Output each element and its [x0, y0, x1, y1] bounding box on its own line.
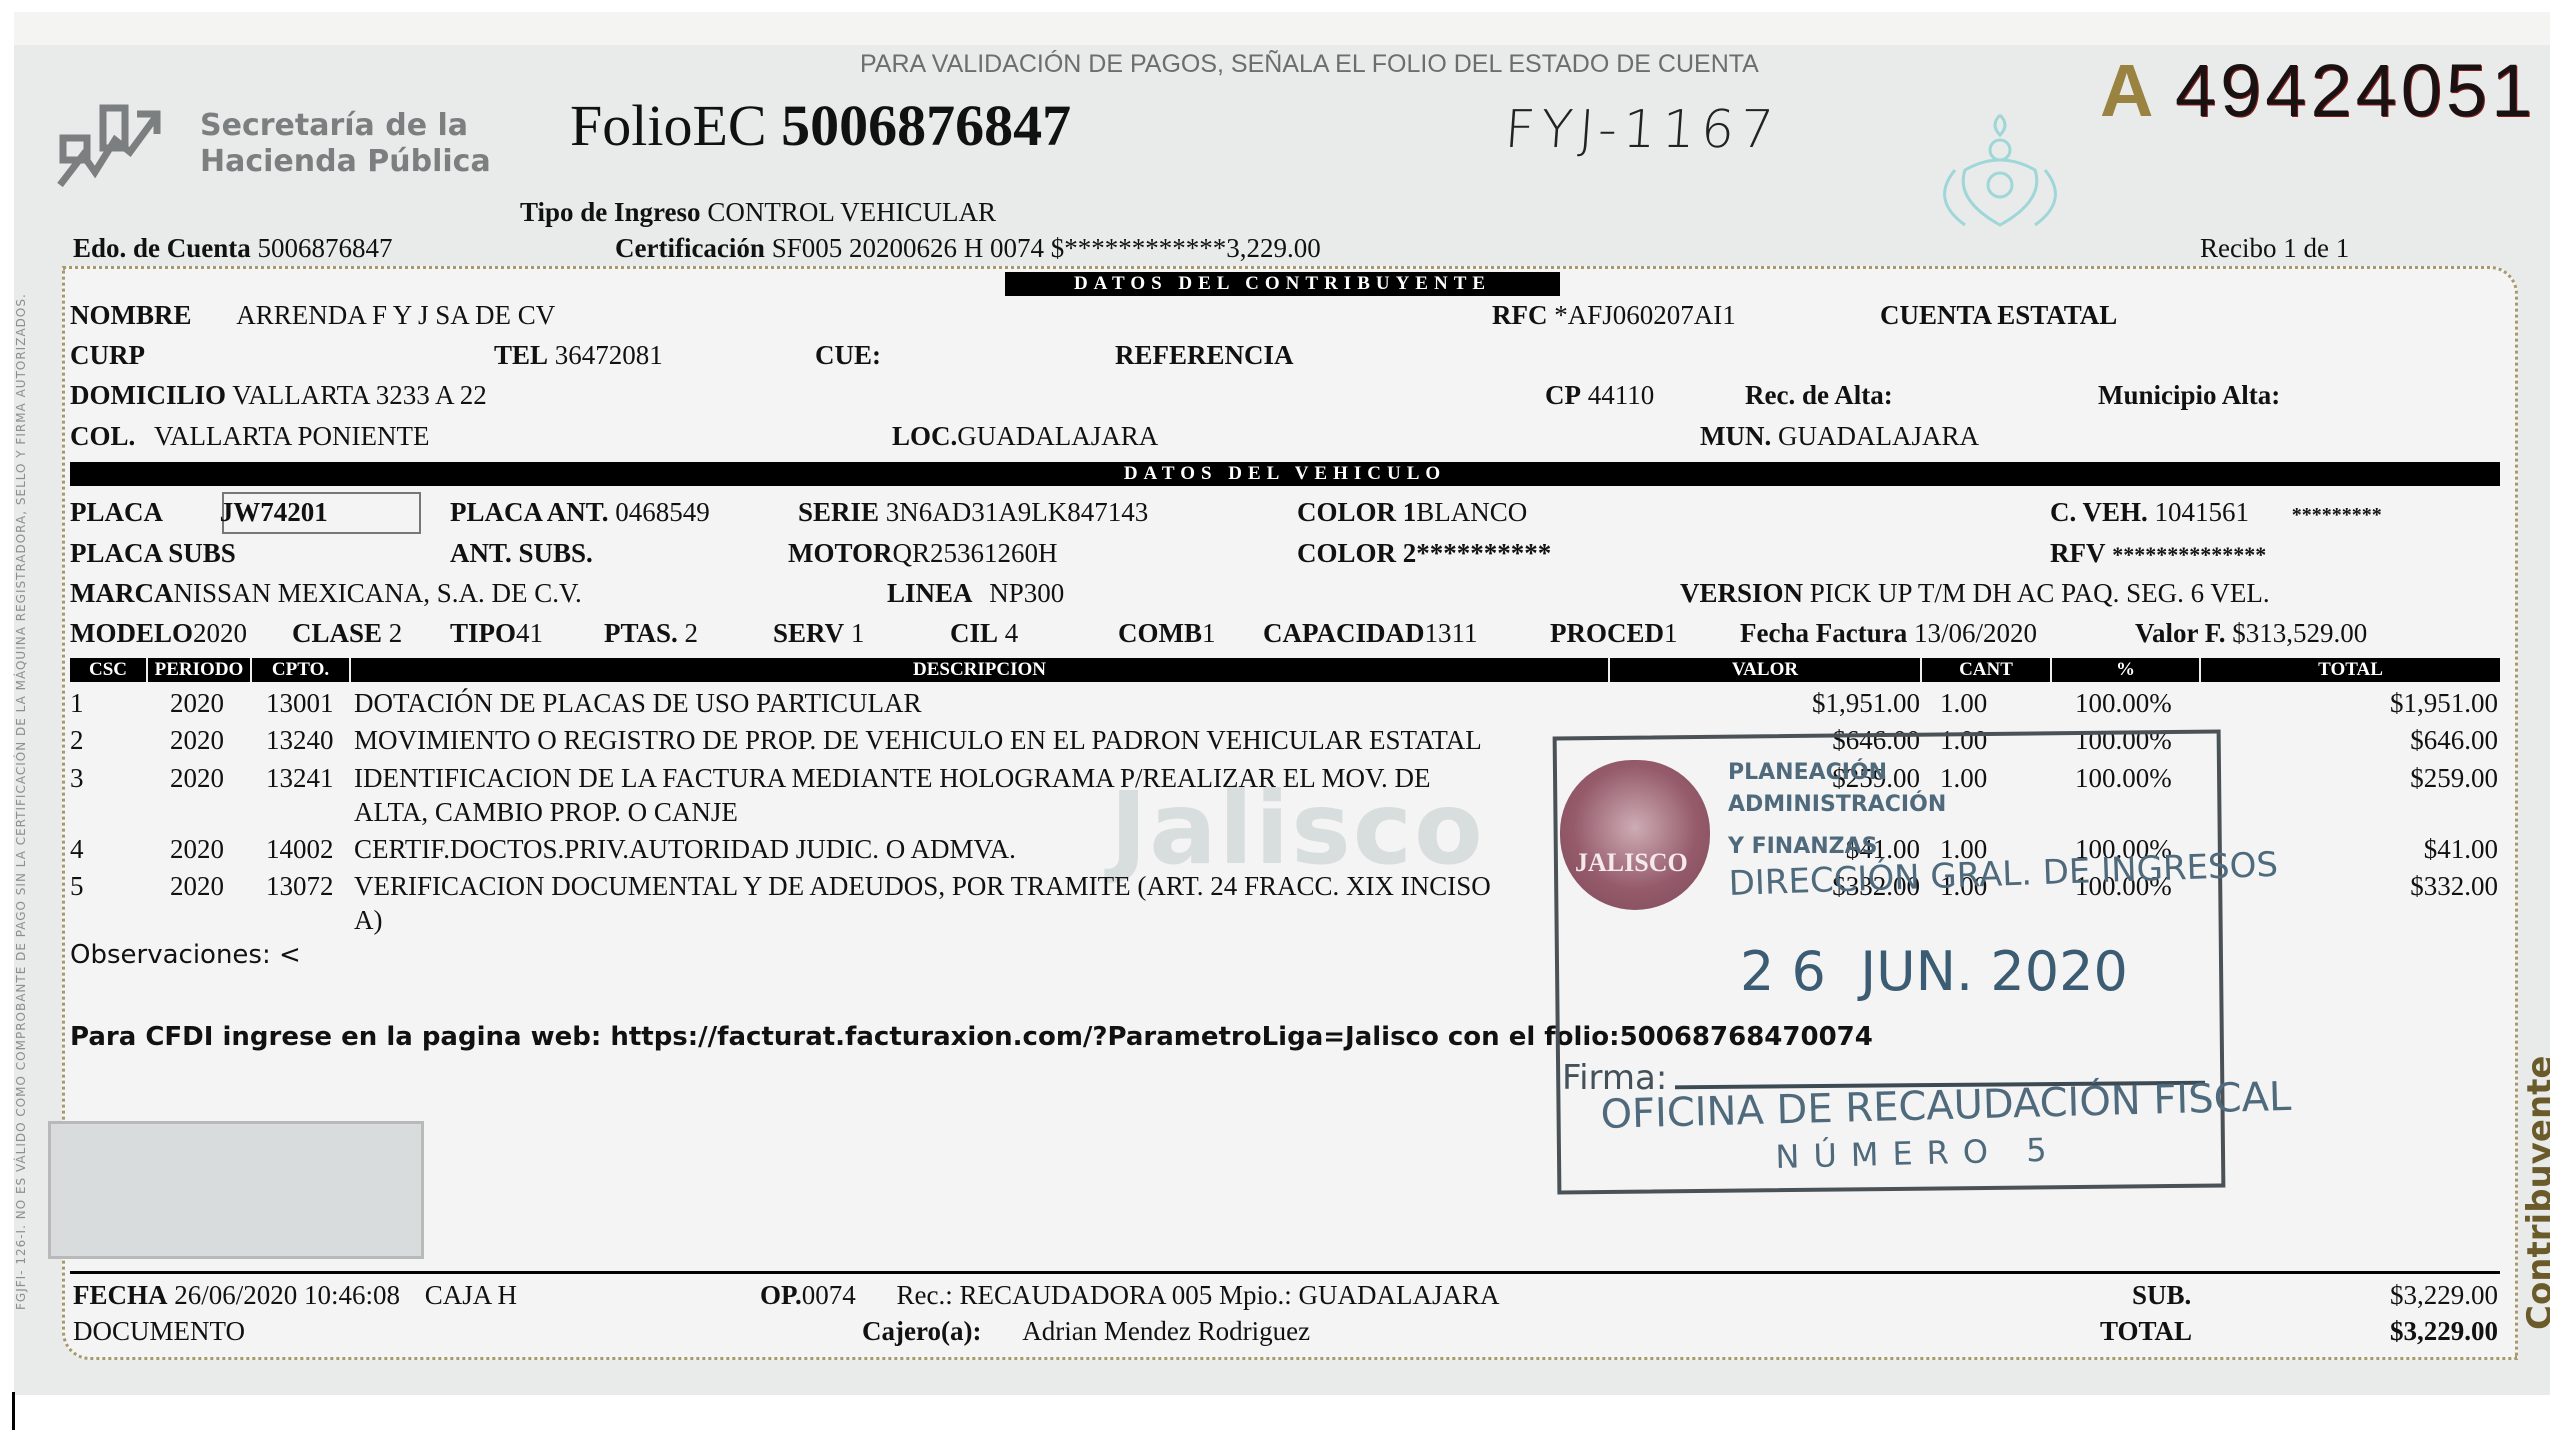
col-header-total: TOTAL: [2201, 658, 2500, 682]
nombre-label: NOMBRE: [70, 300, 192, 330]
row-4-periodo: 2020: [170, 834, 240, 865]
mun-field: MUN. GUADALAJARA: [1700, 421, 1979, 452]
placa-ant-label: PLACA ANT.: [450, 497, 609, 527]
valor-factura-value: $313,529.00: [2232, 618, 2367, 648]
stamp-line-2: ADMINISTRACIÓN: [1728, 792, 1946, 817]
motor-value: QR25361260H: [893, 538, 1058, 568]
color2-value: **********: [1416, 538, 1551, 568]
nombre-field: NOMBRE ARRENDA F Y J SA DE CV: [70, 300, 555, 331]
op-value: 0074: [802, 1280, 856, 1310]
capacidad-label: CAPACIDAD: [1263, 618, 1425, 648]
total-value: $3,229.00: [2300, 1316, 2498, 1347]
marca-field: MARCANISSAN MEXICANA, S.A. DE C.V.: [70, 578, 582, 609]
edo-cuenta: Edo. de Cuenta 5006876847: [73, 233, 393, 264]
tel-value: 36472081: [555, 340, 663, 370]
nombre-value: ARRENDA F Y J SA DE CV: [236, 300, 555, 330]
domicilio-value: VALLARTA 3233 A 22: [232, 380, 487, 410]
legal-side-text: FGJFI- 126-I. NO ES VÁLIDO COMO COMPROBA…: [14, 293, 28, 1310]
ant-subs-label: ANT. SUBS.: [450, 538, 593, 569]
op-field: OP.0074 Rec.: RECAUDADORA 005 Mpio.: GUA…: [760, 1280, 1500, 1311]
tel-field: TEL 36472081: [494, 340, 663, 371]
row-3-periodo: 2020: [170, 763, 240, 794]
caja-value: CAJA H: [425, 1280, 517, 1310]
vehiculo-section-title: DATOS DEL VEHICULO: [70, 462, 2500, 486]
fecha-label: FECHA: [73, 1280, 168, 1310]
capacidad-field: CAPACIDAD1311: [1263, 618, 1478, 649]
row-1-valor: $1,951.00: [1610, 688, 1920, 719]
row-3-desc2: ALTA, CAMBIO PROP. O CANJE: [354, 797, 738, 828]
clase-field: CLASE 2: [292, 618, 402, 649]
row-1-csc: 1: [70, 688, 110, 719]
col-value: VALLARTA PONIENTE: [154, 421, 429, 451]
modelo-value: 2020: [193, 618, 247, 648]
row-2-total: $646.00: [2200, 725, 2498, 756]
total-label: TOTAL: [2100, 1316, 2192, 1347]
row-1-total: $1,951.00: [2200, 688, 2498, 719]
cveh-mask: *********: [2292, 504, 2382, 526]
logo-line-1: Secretaría de la: [200, 108, 491, 144]
stamp-number: NÚMERO 5: [1775, 1131, 2061, 1176]
marca-label: MARCA: [70, 578, 173, 608]
row-2-cpto: 13240: [266, 725, 346, 756]
col-header-valor: VALOR: [1610, 658, 1922, 682]
cp-value: 44110: [1588, 380, 1655, 410]
color1-label: COLOR 1: [1297, 497, 1416, 527]
row-1-cpto: 13001: [266, 688, 346, 719]
row-2-desc1: MOVIMIENTO O REGISTRO DE PROP. DE VEHICU…: [354, 725, 1654, 756]
mun-value: GUADALAJARA: [1778, 421, 1979, 451]
cil-field: CIL 4: [950, 618, 1018, 649]
linea-field: LINEA NP300: [887, 578, 1064, 609]
cil-value: 4: [1005, 618, 1019, 648]
cp-field: CP 44110: [1545, 380, 1654, 411]
clase-label: CLASE: [292, 618, 382, 648]
paper-top-edge: [14, 12, 2550, 46]
col-header-cant: CANT: [1922, 658, 2052, 682]
marca-value: NISSAN MEXICANA, S.A. DE C.V.: [173, 578, 581, 608]
copy-type-label: Contribuyente: [2520, 1056, 2550, 1330]
curp-label: CURP: [70, 340, 145, 371]
loc-value: GUADALAJARA: [957, 421, 1158, 451]
cajero-field: Cajero(a): Adrian Mendez Rodriguez: [862, 1316, 1310, 1347]
cveh-field: C. VEH. 1041561 *********: [2050, 497, 2382, 528]
jalisco-emblem-icon: [1915, 110, 2085, 230]
modelo-label: MODELO: [70, 618, 193, 648]
documento-label: DOCUMENTO: [73, 1316, 245, 1347]
tipo-ingreso-label: Tipo de Ingreso: [520, 197, 701, 227]
referencia-label: REFERENCIA: [1115, 340, 1294, 371]
placa-value: JW74201: [220, 497, 328, 527]
folio-value: 5006876847: [781, 93, 1071, 158]
tipo-value: 41: [516, 618, 543, 648]
placa-ant-value: 0468549: [615, 497, 710, 527]
proced-field: PROCED1: [1550, 618, 1678, 649]
serie-value: 3N6AD31A9LK847143: [886, 497, 1149, 527]
col-label: COL.: [70, 421, 135, 451]
rfc-value: *AFJ060207AI1: [1554, 300, 1736, 330]
valor-factura-label: Valor F.: [2135, 618, 2226, 648]
cil-label: CIL: [950, 618, 998, 648]
cajero-label: Cajero(a):: [862, 1316, 981, 1346]
capacidad-value: 1311: [1425, 618, 1478, 648]
subtotal-value: $3,229.00: [2300, 1280, 2498, 1311]
rfc-field: RFC *AFJ060207AI1: [1492, 300, 1736, 331]
cp-label: CP: [1545, 380, 1581, 410]
col-header-periodo: PERIODO: [148, 658, 252, 682]
hacienda-logo-text: Secretaría de la Hacienda Pública: [200, 108, 491, 180]
placa-subs-label: PLACA SUBS: [70, 538, 236, 568]
row-1-desc1: DOTACIÓN DE PLACAS DE USO PARTICULAR: [354, 688, 1654, 719]
cveh-value: 1041561: [2155, 497, 2250, 527]
comb-value: 1: [1202, 618, 1216, 648]
version-value: PICK UP T/M DH AC PAQ. SEG. 6 VEL.: [1810, 578, 2270, 608]
comb-label: COMB: [1118, 618, 1202, 648]
row-4-cpto: 14002: [266, 834, 346, 865]
handwritten-note: FYJ-1167: [1503, 100, 1781, 160]
fecha-factura-value: 13/06/2020: [1914, 618, 2037, 648]
col-header-pct: %: [2052, 658, 2201, 682]
motor-label: MOTOR: [788, 538, 893, 568]
col-field: COL. VALLARTA PONIENTE: [70, 421, 429, 452]
mun-label: MUN.: [1700, 421, 1771, 451]
validation-box: [48, 1121, 424, 1259]
cuenta-estatal-label: CUENTA ESTATAL: [1880, 300, 2117, 331]
fecha-factura-label: Fecha Factura: [1740, 618, 1907, 648]
rfv-label: RFV: [2050, 538, 2106, 568]
row-4-csc: 4: [70, 834, 110, 865]
modelo-field: MODELO2020: [70, 618, 247, 649]
stamp-line-3: Y FINANZAS: [1728, 834, 1877, 859]
rfc-label: RFC: [1492, 300, 1548, 330]
serv-value: 1: [851, 618, 865, 648]
rfv-field: RFV **************: [2050, 538, 2266, 569]
recaudadora-value: Rec.: RECAUDADORA 005 Mpio.: GUADALAJARA: [897, 1280, 1500, 1310]
tipo-ingreso-value: CONTROL VEHICULAR: [707, 197, 996, 227]
tel-label: TEL: [494, 340, 548, 370]
folio-ec: FolioEC 5006876847: [570, 92, 1071, 159]
placa-ant-field: PLACA ANT. 0468549: [450, 497, 710, 528]
motor-field: MOTORQR25361260H: [788, 538, 1058, 569]
proced-label: PROCED: [1550, 618, 1664, 648]
color2-field: COLOR 2**********: [1297, 538, 1551, 569]
row-5-desc2: A): [354, 905, 383, 936]
loc-field: LOC.GUADALAJARA: [892, 421, 1158, 452]
linea-label: LINEA: [887, 578, 973, 608]
row-3-cpto: 13241: [266, 763, 346, 794]
recibo-count: Recibo 1 de 1: [2200, 233, 2349, 264]
stamp-line-1: PLANEACIÓN: [1728, 760, 1887, 785]
row-3-total: $259.00: [2200, 763, 2498, 794]
serie-field: SERIE 3N6AD31A9LK847143: [798, 497, 1148, 528]
municipio-alta-label: Municipio Alta:: [2098, 380, 2280, 411]
validation-notice: PARA VALIDACIÓN DE PAGOS, SEÑALA EL FOLI…: [860, 50, 1759, 79]
domicilio-field: DOMICILIO VALLARTA 3233 A 22: [70, 380, 487, 411]
certificacion: Certificación SF005 20200626 H 0074 $***…: [615, 233, 1321, 264]
ptas-field: PTAS. 2: [604, 618, 698, 649]
cue-label: CUE:: [815, 340, 881, 371]
logo-line-2: Hacienda Pública: [200, 144, 491, 180]
folio-label: FolioEC: [570, 93, 767, 158]
col-header-csc: CSC: [70, 658, 148, 682]
ptas-label: PTAS.: [604, 618, 678, 648]
row-5-csc: 5: [70, 871, 110, 902]
row-1-cant: 1.00: [1940, 688, 2030, 719]
edo-cuenta-value: 5006876847: [258, 233, 393, 263]
row-2-periodo: 2020: [170, 725, 240, 756]
version-label: VERSION: [1680, 578, 1803, 608]
certificacion-value: SF005 20200626 H 0074 $************3,229…: [772, 233, 1321, 263]
clase-value: 2: [389, 618, 403, 648]
row-5-periodo: 2020: [170, 871, 240, 902]
serie-label: SERIE: [798, 497, 879, 527]
domicilio-label: DOMICILIO: [70, 380, 226, 410]
placa-field: PLACA JW74201: [70, 497, 328, 528]
serial-prefix: A: [2100, 48, 2153, 133]
row-4-desc1: CERTIF.DOCTOS.PRIV.AUTORIDAD JUDIC. O AD…: [354, 834, 1654, 865]
row-3-desc1: IDENTIFICACION DE LA FACTURA MEDIANTE HO…: [354, 763, 1654, 794]
comb-field: COMB1: [1118, 618, 1216, 649]
tipo-ingreso: Tipo de Ingreso CONTROL VEHICULAR: [520, 197, 996, 228]
valor-factura-field: Valor F. $313,529.00: [2135, 618, 2367, 649]
cveh-label: C. VEH.: [2050, 497, 2148, 527]
proced-value: 1: [1664, 618, 1678, 648]
serv-field: SERV 1: [773, 618, 864, 649]
rfv-value: **************: [2112, 542, 2266, 567]
linea-value: NP300: [989, 578, 1064, 608]
fecha-field: FECHA 26/06/2020 10:46:08 CAJA H: [73, 1280, 517, 1311]
serv-label: SERV: [773, 618, 844, 648]
ptas-value: 2: [685, 618, 699, 648]
row-5-cpto: 13072: [266, 871, 346, 902]
row-3-csc: 3: [70, 763, 110, 794]
certificacion-label: Certificación: [615, 233, 765, 263]
col-header-cpto: CPTO.: [252, 658, 351, 682]
footer-divider: [70, 1271, 2500, 1274]
color1-field: COLOR 1BLANCO: [1297, 497, 1527, 528]
placa-subs-field: PLACA SUBS: [70, 538, 236, 569]
tipo-field: TIPO41: [450, 618, 543, 649]
text-cursor: [12, 1392, 15, 1430]
tipo-label: TIPO: [450, 618, 516, 648]
placa-label: PLACA: [70, 497, 163, 527]
cajero-value: Adrian Mendez Rodriguez: [1022, 1316, 1310, 1346]
serial-number: 49424051: [2175, 48, 2536, 133]
row-1-periodo: 2020: [170, 688, 240, 719]
edo-cuenta-label: Edo. de Cuenta: [73, 233, 251, 263]
subtotal-label: SUB.: [2132, 1280, 2191, 1311]
rec-alta-label: Rec. de Alta:: [1745, 380, 1893, 411]
col-header-descripcion: DESCRIPCION: [351, 658, 1610, 682]
row-2-csc: 2: [70, 725, 110, 756]
color2-label: COLOR 2: [1297, 538, 1416, 568]
stamp-date: 2 6 JUN. 2020: [1740, 940, 2128, 1003]
contribuyente-section-title: DATOS DEL CONTRIBUYENTE: [1005, 272, 1560, 296]
row-5-desc1: VERIFICACION DOCUMENTAL Y DE ADEUDOS, PO…: [354, 871, 1654, 902]
jalisco-seal-icon: [1560, 760, 1710, 910]
loc-label: LOC.: [892, 421, 957, 451]
row-1-pct: 100.00%: [2075, 688, 2205, 719]
hacienda-logo-icon: [55, 100, 165, 190]
observaciones: Observaciones: <: [70, 940, 301, 970]
version-field: VERSION PICK UP T/M DH AC PAQ. SEG. 6 VE…: [1680, 578, 2270, 609]
color1-value: BLANCO: [1416, 497, 1527, 527]
seal-text: JALISCO: [1575, 848, 1688, 878]
fecha-value: 26/06/2020 10:46:08: [174, 1280, 400, 1310]
op-label: OP.: [760, 1280, 802, 1310]
fecha-factura-field: Fecha Factura 13/06/2020: [1740, 618, 2037, 649]
